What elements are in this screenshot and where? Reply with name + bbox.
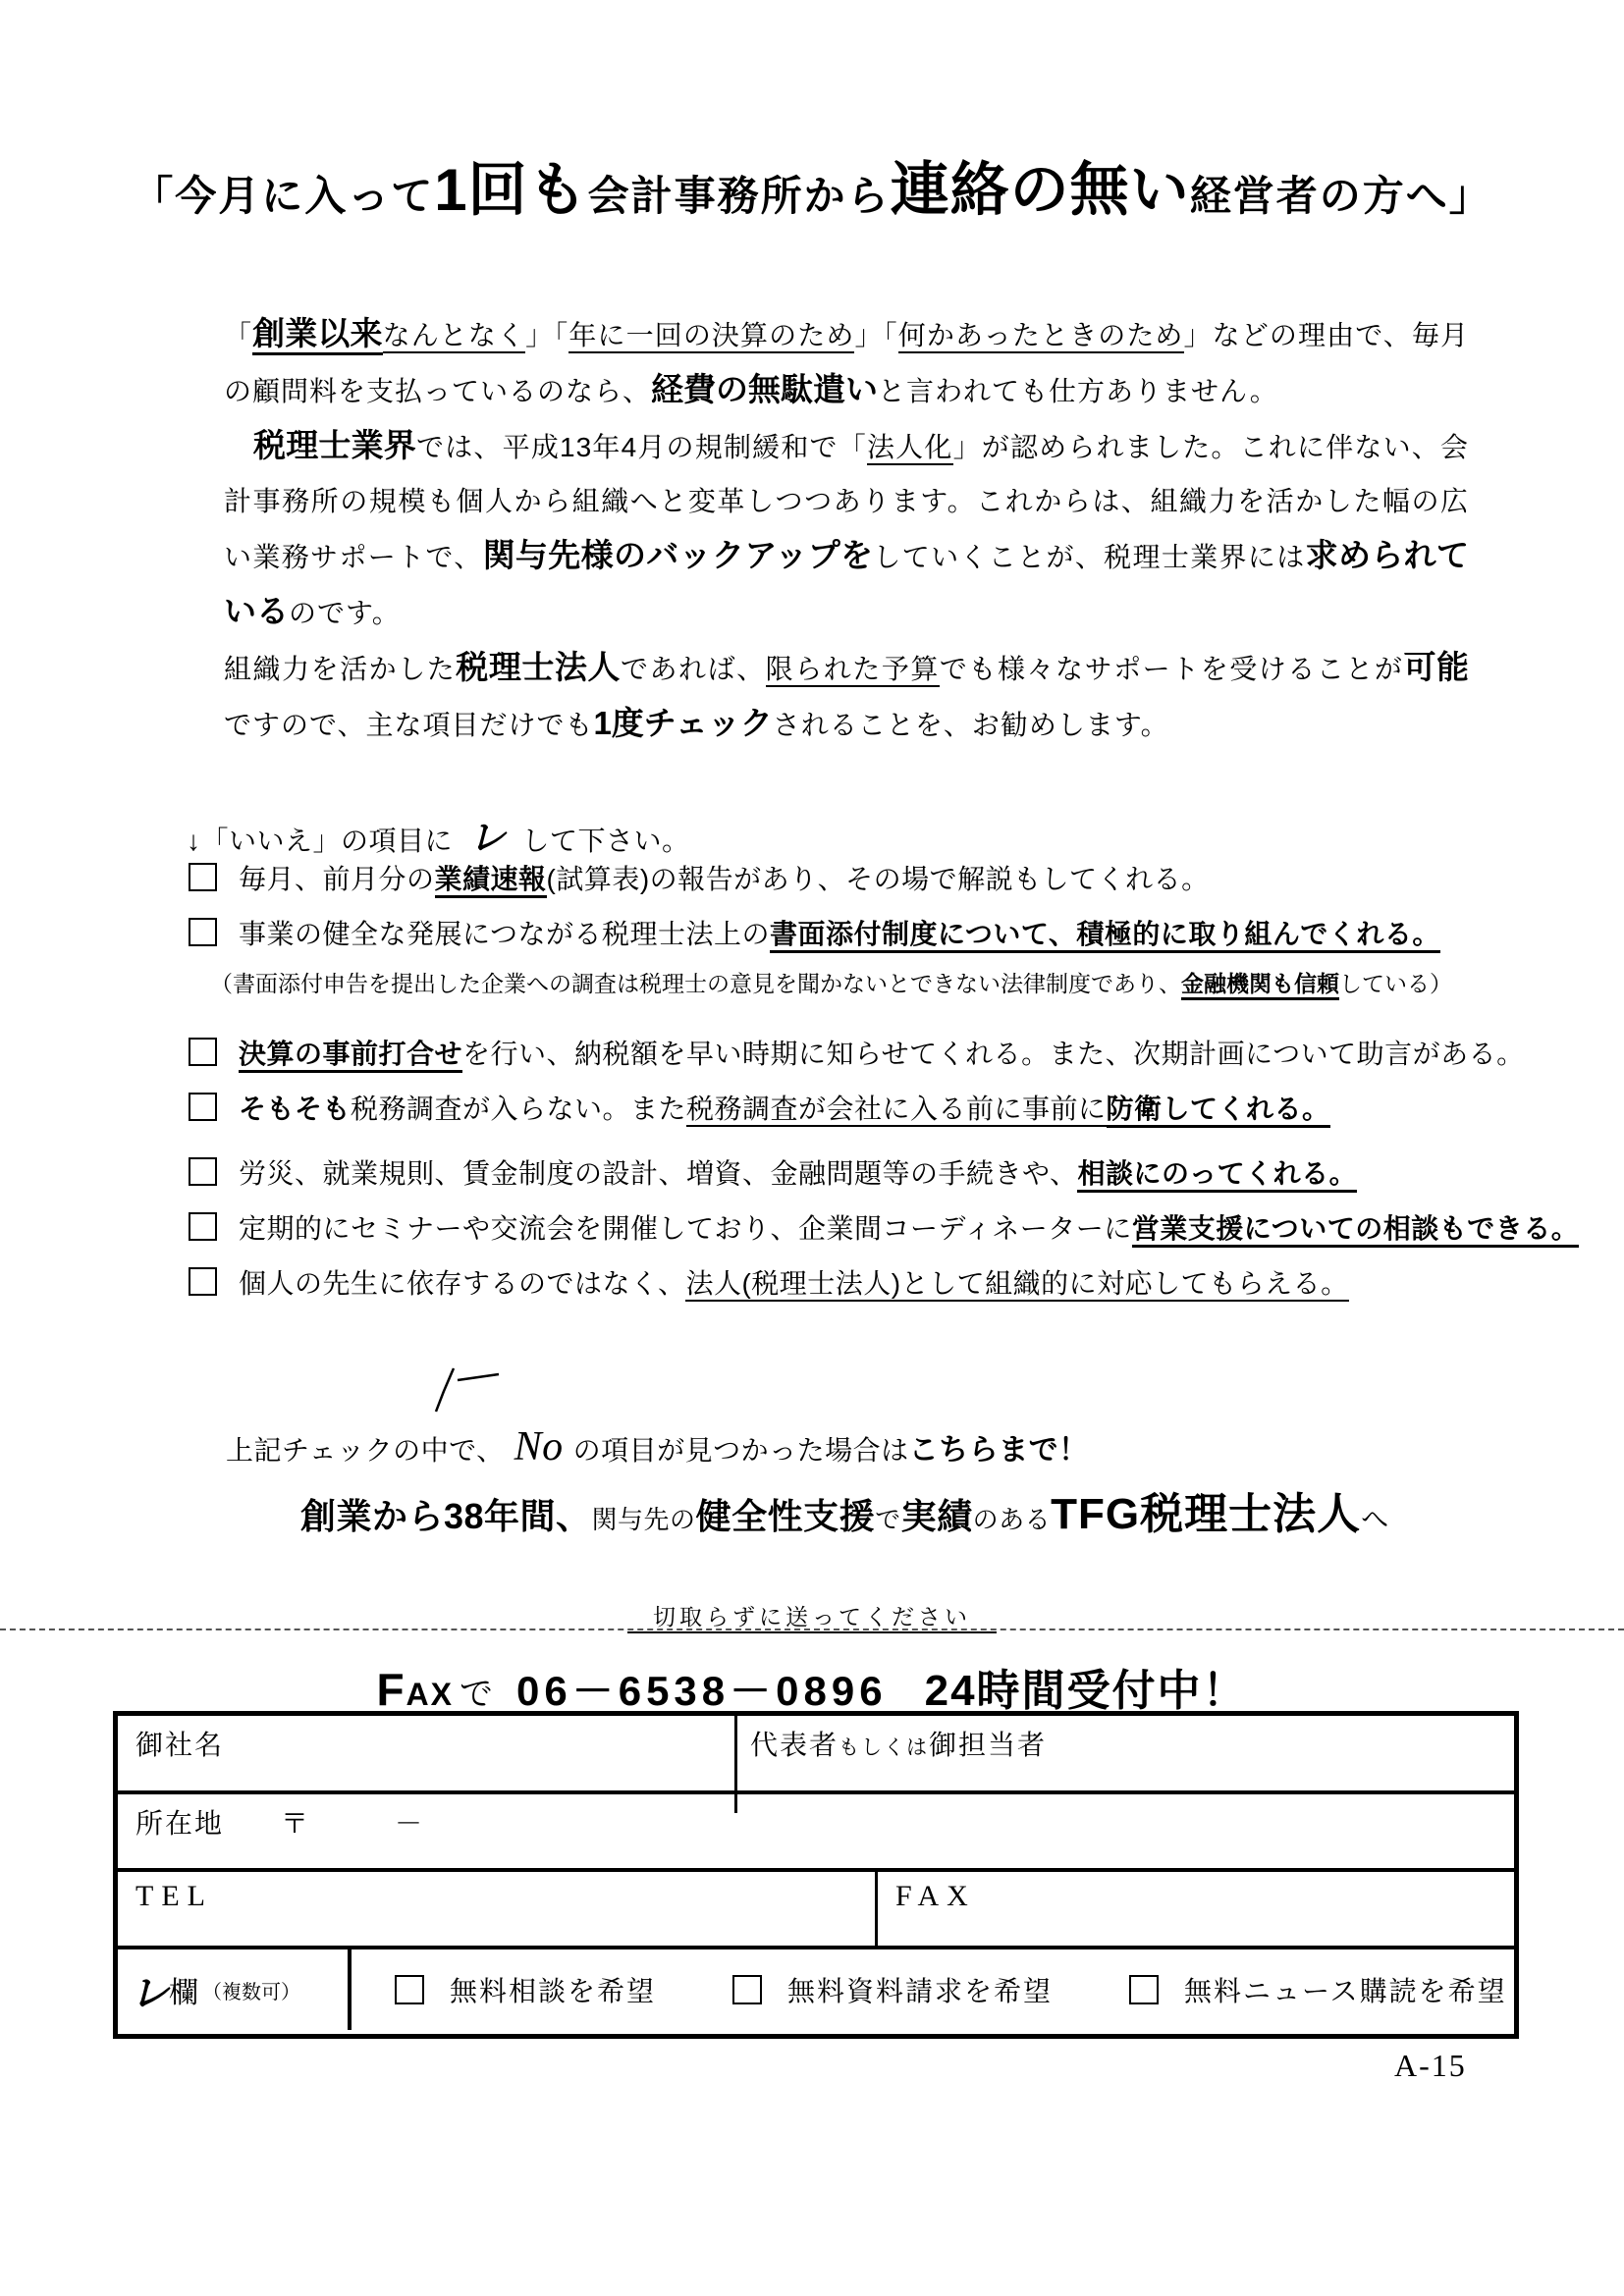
text-segment: 書面添付制度について、積極的に取り組んでくれる。 [770,919,1440,953]
check-column-label: 欄 [169,1968,198,2011]
text-segment: そもそも [239,1094,351,1124]
tel-label: TEL [135,1880,213,1912]
fax-field[interactable]: FAX [878,1872,1514,1946]
text-segment: で [454,1676,505,1713]
option-label: 無料ニュース購読を希望 [1184,1970,1507,2009]
text-segment: 「 [224,320,252,350]
text-segment: 相談にのってくれる。 [1077,1158,1357,1193]
paragraph-recommendation: 組織力を活かした税理士法人であれば、限られた予算でも様々なサポートを受けることが… [224,640,1469,752]
page-number: A-15 [1394,2048,1467,2084]
text-segment: 営業支援についての相談もできる。 [1132,1213,1579,1248]
fax-word: Fax [376,1664,454,1715]
row1-divider [734,1716,737,1813]
text-segment: の項目が見つかった場合は [573,1435,909,1466]
text-segment: であれば、 [621,654,766,684]
representative-field[interactable]: 代表者もしくは御担当者 [734,1716,1514,1790]
checklist-item: 毎月、前月分の業績速報(試算表)の報告があり、その場で解説もしてくれる。 [189,858,1210,897]
checkbox-icon[interactable] [732,1975,762,2004]
checklist-instruction: ↓「いいえ」の項目にレして下さい。 [187,807,690,861]
text-segment: 税務調査が会社に入る前に事前に [686,1094,1107,1127]
checkbox-icon[interactable] [189,918,217,946]
text-segment: 1度チェック [593,705,772,741]
text-segment: 年に一回の決算のため [568,320,854,353]
checklist-item: 事業の健全な発展につながる税理士法上の書面添付制度について、積極的に取り組んでく… [189,913,1440,952]
checkbox-icon[interactable] [189,1267,217,1296]
text-segment: 組織力を活かした [224,654,456,684]
company-name-field[interactable]: 御社名 [118,1716,734,1790]
text-segment: されることを、お勧めします。 [773,710,1169,740]
text-segment: している） [1339,971,1452,996]
text-segment: こちらまで！ [909,1434,1089,1467]
text-segment: ↓「いいえ」の項目に [187,826,453,856]
checkbox-icon[interactable] [189,1157,217,1186]
text-segment: 事業の健全な発展につながる税理士法上の [239,919,770,949]
text-segment: 上記チェックの中で、 [226,1435,505,1466]
firm-name: TFG税理士法人 [1051,1490,1361,1538]
text-segment: で [875,1505,901,1534]
paragraph-industry: 税理士業界では、平成13年4月の規制緩和で「法人化」が認められました。これに伴な… [224,418,1469,640]
text-segment: していくことが、税理士業界には [873,542,1305,572]
checkbox-icon[interactable] [189,1093,217,1121]
text-segment: 経費の無駄遣い [651,371,878,407]
title-segment: 経営者の方へ」 [1190,173,1492,219]
paragraph-reasons: 「創業以来なんとなく」「年に一回の決算のため」「何かあったときのため」などの理由… [224,306,1469,418]
fax-header: Faxで06－6538－089624時間受付中！ [0,1655,1624,1718]
title-segment: 会計事務所から [588,173,891,219]
text-segment: 健全性支援 [696,1496,876,1536]
options-cell: 無料相談を希望 無料資料請求を希望 無料ニュース購読を希望 [352,1970,1514,2009]
checklist-item: 個人の先生に依存するのではなく、法人(税理士法人)として組織的に対応してもらえる… [189,1262,1349,1302]
representative-label-small: もしくは [839,1736,929,1759]
text-segment: のある [973,1505,1052,1534]
text-segment: でも様々なサポートを受けることが [940,654,1404,684]
text-segment: 防衛してくれる。 [1107,1094,1330,1128]
checklist-footnote: （書面添付申告を提出した企業への調査は税理士の意見を聞かないとできない法律制度で… [210,966,1452,998]
checkbox-icon[interactable] [189,863,217,891]
text-segment: （書面添付申告を提出した企業への調査は税理士の意見を聞かないとできない法律制度で… [210,971,1181,996]
text-segment: と言われても仕方ありません。 [878,376,1278,406]
text-segment: 法人化 [867,432,953,465]
fax-header-tail: 24時間受付中！ [899,1667,1248,1715]
text-segment: 関与先の [592,1505,696,1534]
intro-copy: 「創業以来なんとなく」「年に一回の決算のため」「何かあったときのため」などの理由… [224,306,1469,752]
text-segment: して下さい。 [522,826,690,856]
text-segment: 税理士法人 [456,649,621,685]
option-free-newsletter[interactable]: 無料ニュース購読を希望 [1129,1970,1507,2009]
cut-instruction: 切取らずに送ってください [0,1599,1624,1631]
title-segment: 「今月に入って [132,173,434,219]
firm-line: 創業から38年間、関与先の健全性支援で実績のあるTFG税理士法人へ [300,1478,1389,1541]
form-row-telfax: TEL FAX [118,1872,1514,1949]
check-mark-glyph: レ [453,818,522,859]
fax-reply-form: 御社名 代表者もしくは御担当者 所在地〒－ TEL FAX レ欄（複数可） 無料… [113,1711,1519,2039]
text-segment: 定期的にセミナーや交流会を開催しており、企業間コーディネーターに [239,1213,1132,1244]
text-segment: のです。 [289,598,401,628]
text-segment: 法人(税理士法人)として組織的に対応してもらえる。 [685,1268,1348,1302]
form-row-options: レ欄（複数可） 無料相談を希望 無料資料請求を希望 無料ニュース購読を希望 [118,1949,1514,2030]
text-segment: 労災、就業規則、賃金制度の設計、増資、金融問題等の手続きや、 [239,1158,1077,1189]
text-segment: 創業から38年間、 [300,1496,592,1536]
text-segment: ですので、主な項目だけでも [224,710,593,740]
tel-field[interactable]: TEL [118,1872,878,1946]
text-segment: 何かあったときのため [898,320,1184,353]
fax-flyer-page: 「今月に入って1回も会計事務所から連絡の無い経営者の方へ」 「創業以来なんとなく… [0,0,1624,2296]
address-label: 所在地 [135,1808,224,1839]
checklist-item: 定期的にセミナーや交流会を開催しており、企業間コーディネーターに営業支援について… [189,1207,1579,1247]
check-column-header: レ欄（複数可） [118,1949,352,2030]
form-row-company: 御社名 代表者もしくは御担当者 [118,1716,1514,1794]
checkbox-icon[interactable] [395,1975,424,2004]
checkbox-icon[interactable] [189,1212,217,1241]
text-segment: 決算の事前打合せ [239,1039,462,1073]
checklist-item: 労災、就業規則、賃金制度の設計、増資、金融問題等の手続きや、相談にのってくれる。 [189,1152,1357,1192]
text-segment: を行い、納税額を早い時期に知らせてくれる。また、次期計画について助言がある。 [462,1039,1525,1069]
checkbox-icon[interactable] [189,1038,217,1066]
text-segment: 」「 [854,320,897,350]
representative-label: 代表者 [750,1730,839,1760]
form-row-address: 所在地〒－ [118,1794,1514,1872]
text-segment: へ [1361,1504,1389,1534]
text-segment: 金融機関も信頼 [1181,971,1339,1000]
text-segment: 個人の先生に依存するのではなく、 [239,1268,685,1299]
option-free-materials[interactable]: 無料資料請求を希望 [732,1970,1053,2009]
multiple-allowed-note: （複数可） [198,1976,300,2004]
check-mark-glyph: レ [130,1962,169,2018]
checklist-item: 決算の事前打合せを行い、納税額を早い時期に知らせてくれる。また、次期計画について… [189,1033,1525,1072]
checkbox-icon[interactable] [1129,1975,1159,2004]
text-segment: (試算表)の報告があり、その場で解説もしてくれる。 [547,864,1210,894]
postal-mark: 〒 [281,1808,310,1839]
page-title: 「今月に入って1回も会計事務所から連絡の無い経営者の方へ」 [0,143,1624,228]
text-segment: 関与先様のバックアップを [483,537,874,573]
cta-line: 上記チェックの中で、Noの項目が見つかった場合はこちらまで！ [226,1423,1089,1470]
text-segment: 税理士業界 [253,427,416,463]
cut-dashed-line [0,1629,1624,1630]
fax-label: FAX [895,1880,976,1912]
title-segment: 1回も [434,157,587,223]
text-segment: 可能 [1403,649,1469,685]
company-name-label: 御社名 [135,1730,224,1760]
representative-label: 御担当者 [929,1730,1047,1760]
text-segment: では、平成13年4月の規制緩和で「 [416,432,867,462]
text-segment: 創業以来 [252,315,382,355]
text-segment: 業績速報 [435,864,547,898]
address-field[interactable]: 所在地〒－ [118,1794,1514,1868]
no-word: No [505,1424,573,1469]
handwritten-check-mark [424,1361,507,1421]
text-segment: 」「 [525,320,568,350]
title-segment: 連絡の無い [891,157,1190,223]
text-segment: なんとなく [383,320,526,353]
text-segment: 限られた予算 [766,654,940,687]
option-label: 無料資料請求を希望 [787,1970,1053,2009]
text-segment: 毎月、前月分の [239,864,435,894]
checklist-item: そもそも税務調査が入らない。また税務調査が会社に入る前に事前に防衛してくれる。 [189,1088,1330,1127]
text-segment: 実績 [901,1496,973,1536]
option-label: 無料相談を希望 [450,1970,656,2009]
postal-dash: － [395,1808,424,1839]
text-segment: 税務調査が入らない。また [351,1094,686,1124]
option-free-consultation[interactable]: 無料相談を希望 [395,1970,656,2009]
